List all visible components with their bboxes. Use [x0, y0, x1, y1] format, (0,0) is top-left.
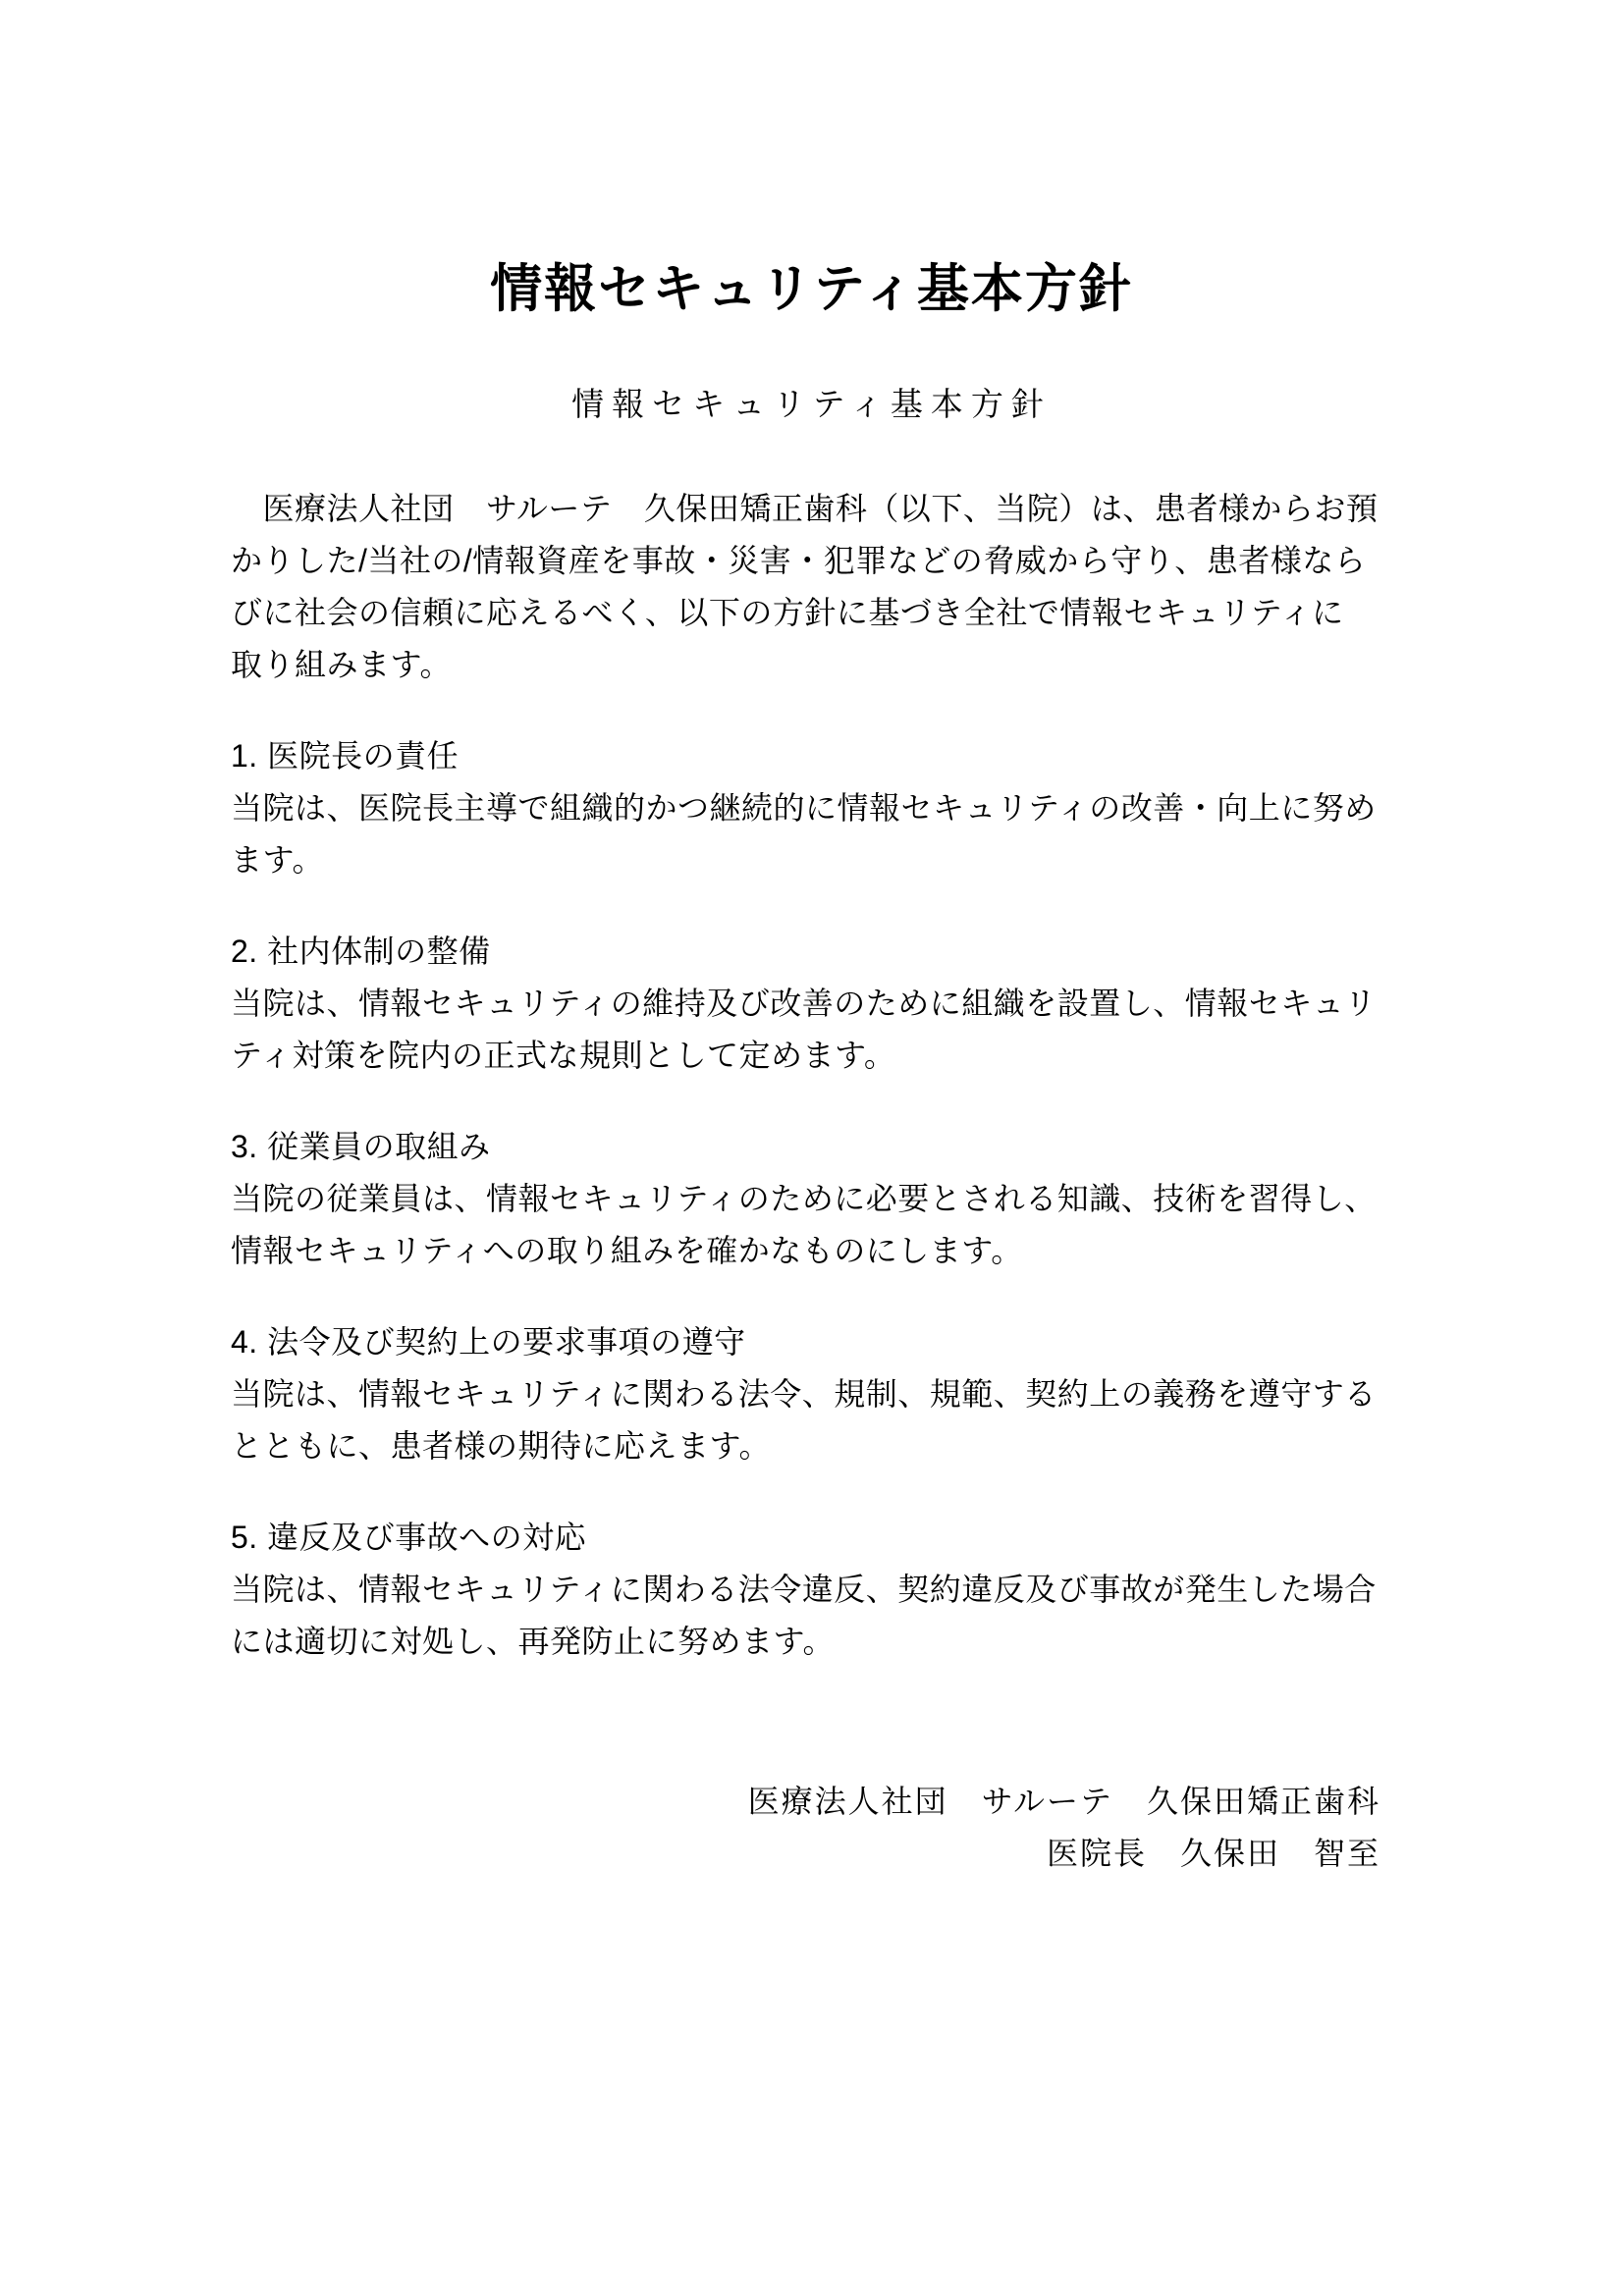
intro-line: びに社会の信頼に応えるべく、以下の方針に基づき全社で情報セキュリティに	[231, 587, 1394, 639]
section-line: ます。	[231, 834, 1394, 886]
section-line: ティ対策を院内の正式な規則として定めます。	[231, 1030, 1394, 1082]
section-line: 情報セキュリティへの取り組みを確かなものにします。	[231, 1225, 1394, 1277]
document-title: 情報セキュリティ基本方針	[0, 247, 1623, 322]
section-employee-efforts: 3. 従業員の取組み 当院の従業員は、情報セキュリティのために必要とされる知識、…	[231, 1121, 1394, 1277]
document-body: 医療法人社団 サルーテ 久保田矯正歯科（以下、当院）は、患者様からお預 かりした…	[231, 483, 1394, 1880]
intro-paragraph: 医療法人社団 サルーテ 久保田矯正歯科（以下、当院）は、患者様からお預 かりした…	[231, 483, 1394, 691]
section-line: 当院の従業員は、情報セキュリティのために必要とされる知識、技術を習得し、	[231, 1173, 1394, 1225]
section-line: とともに、患者様の期待に応えます。	[231, 1420, 1394, 1472]
document-subtitle: 情報セキュリティ基本方針	[0, 379, 1623, 425]
signature-block: 医療法人社団 サルーテ 久保田矯正歯科 医院長 久保田 智至	[231, 1776, 1394, 1880]
intro-line: 取り組みます。	[231, 639, 1394, 691]
section-heading: 3. 従業員の取組み	[231, 1121, 1394, 1173]
section-legal-compliance: 4. 法令及び契約上の要求事項の遵守 当院は、情報セキュリティに関わる法令、規制…	[231, 1316, 1394, 1472]
section-director-responsibility: 1. 医院長の責任 当院は、医院長主導で組織的かつ継続的に情報セキュリティの改善…	[231, 730, 1394, 886]
section-violation-response: 5. 違反及び事故への対応 当院は、情報セキュリティに関わる法令違反、契約違反及…	[231, 1512, 1394, 1668]
section-heading: 5. 違反及び事故への対応	[231, 1512, 1394, 1564]
intro-line: かりした/当社の/情報資産を事故・災害・犯罪などの脅威から守り、患者様なら	[231, 535, 1394, 587]
section-internal-structure: 2. 社内体制の整備 当院は、情報セキュリティの維持及び改善のために組織を設置し…	[231, 926, 1394, 1082]
signature-director-name: 医院長 久保田 智至	[231, 1828, 1380, 1880]
section-line: 当院は、情報セキュリティに関わる法令、規制、規範、契約上の義務を遵守する	[231, 1368, 1394, 1420]
section-heading: 4. 法令及び契約上の要求事項の遵守	[231, 1316, 1394, 1368]
section-line: 当院は、医院長主導で組織的かつ継続的に情報セキュリティの改善・向上に努め	[231, 782, 1394, 834]
section-line: 当院は、情報セキュリティに関わる法令違反、契約違反及び事故が発生した場合	[231, 1564, 1394, 1616]
section-line: には適切に対処し、再発防止に努めます。	[231, 1616, 1394, 1668]
section-line: 当院は、情報セキュリティの維持及び改善のために組織を設置し、情報セキュリ	[231, 978, 1394, 1030]
section-heading: 1. 医院長の責任	[231, 730, 1394, 782]
signature-organization: 医療法人社団 サルーテ 久保田矯正歯科	[231, 1776, 1380, 1828]
section-heading: 2. 社内体制の整備	[231, 926, 1394, 978]
intro-line: 医療法人社団 サルーテ 久保田矯正歯科（以下、当院）は、患者様からお預	[231, 483, 1394, 535]
document-page: 情報セキュリティ基本方針 情報セキュリティ基本方針 医療法人社団 サルーテ 久保…	[0, 0, 1623, 2296]
